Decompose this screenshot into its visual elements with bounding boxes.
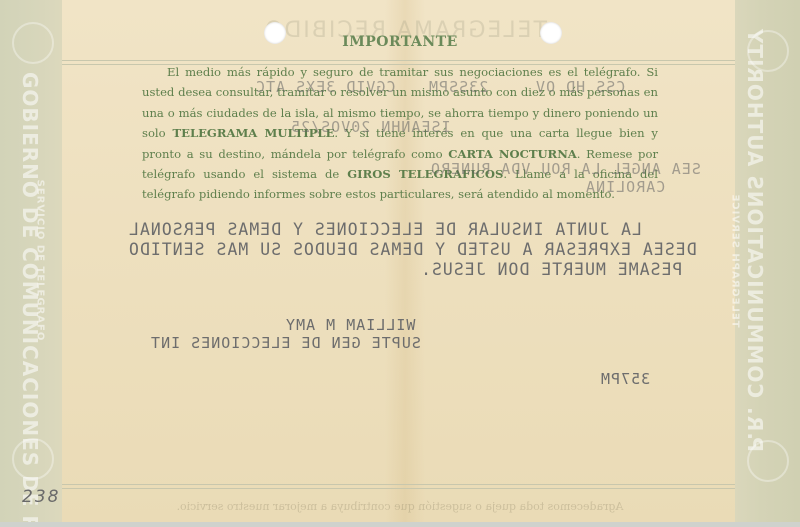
handwritten-page-number: 238 [22, 487, 60, 507]
telegram-header-fragment: SEA ANGEL LA ROU VDA RUNERO [430, 160, 701, 178]
page-title: IMPORTANTE [0, 34, 800, 50]
right-band-subtitle: TELEGRAPH SERVICE [730, 141, 741, 381]
telegram-form-back: GOBIERNO DE COMUNICACIONES DE P.R. SERVI… [0, 0, 800, 527]
left-side-band: GOBIERNO DE COMUNICACIONES DE P.R. SERVI… [0, 0, 62, 527]
footer-bleedthrough: Agradecemos toda queja o sugestión que c… [100, 500, 700, 513]
telegram-header-fragment: ISEANHN 20VOS/25 [290, 118, 451, 136]
telegram-header-fragment: 23SSPM [428, 78, 488, 96]
telegram-message-line: LA JUNTA INSULAR DE ELECCIONES Y DEMAS P… [128, 220, 642, 239]
telegram-signature-name: WILLIAM M AMY [285, 316, 415, 334]
telegram-header-fragment: CGVID 3EXS ATC [255, 78, 395, 96]
telegram-message-line: DESEA EXPRESAR A USTED Y DEMAS DEUDOS SU… [128, 240, 697, 259]
right-side-band: P.R. COMMUNICATIONS AUTHORITY TELEGRAPH … [735, 0, 800, 527]
seal-icon [12, 438, 54, 480]
scan-bottom-edge [0, 522, 800, 527]
telegram-header-fragment: CAROLINA [585, 178, 665, 196]
left-band-subtitle: SERVICIO DE TELEGRAFO [35, 141, 46, 381]
emphasis-carta-nocturna: CARTA NOCTURNA [448, 147, 577, 161]
bottom-rule [62, 484, 735, 489]
seal-icon [747, 440, 789, 482]
telegram-header-fragment: CSS HD OV [535, 78, 625, 96]
time-received: 357PM [600, 370, 650, 388]
right-band-title: P.R. COMMUNICATIONS AUTHORITY [743, 72, 767, 452]
telegram-message-line: PESAME MUERTE DON JESUS. [420, 260, 682, 279]
telegram-signature-title: SUPTE GEN DE ELECCIONES INT [150, 334, 421, 352]
